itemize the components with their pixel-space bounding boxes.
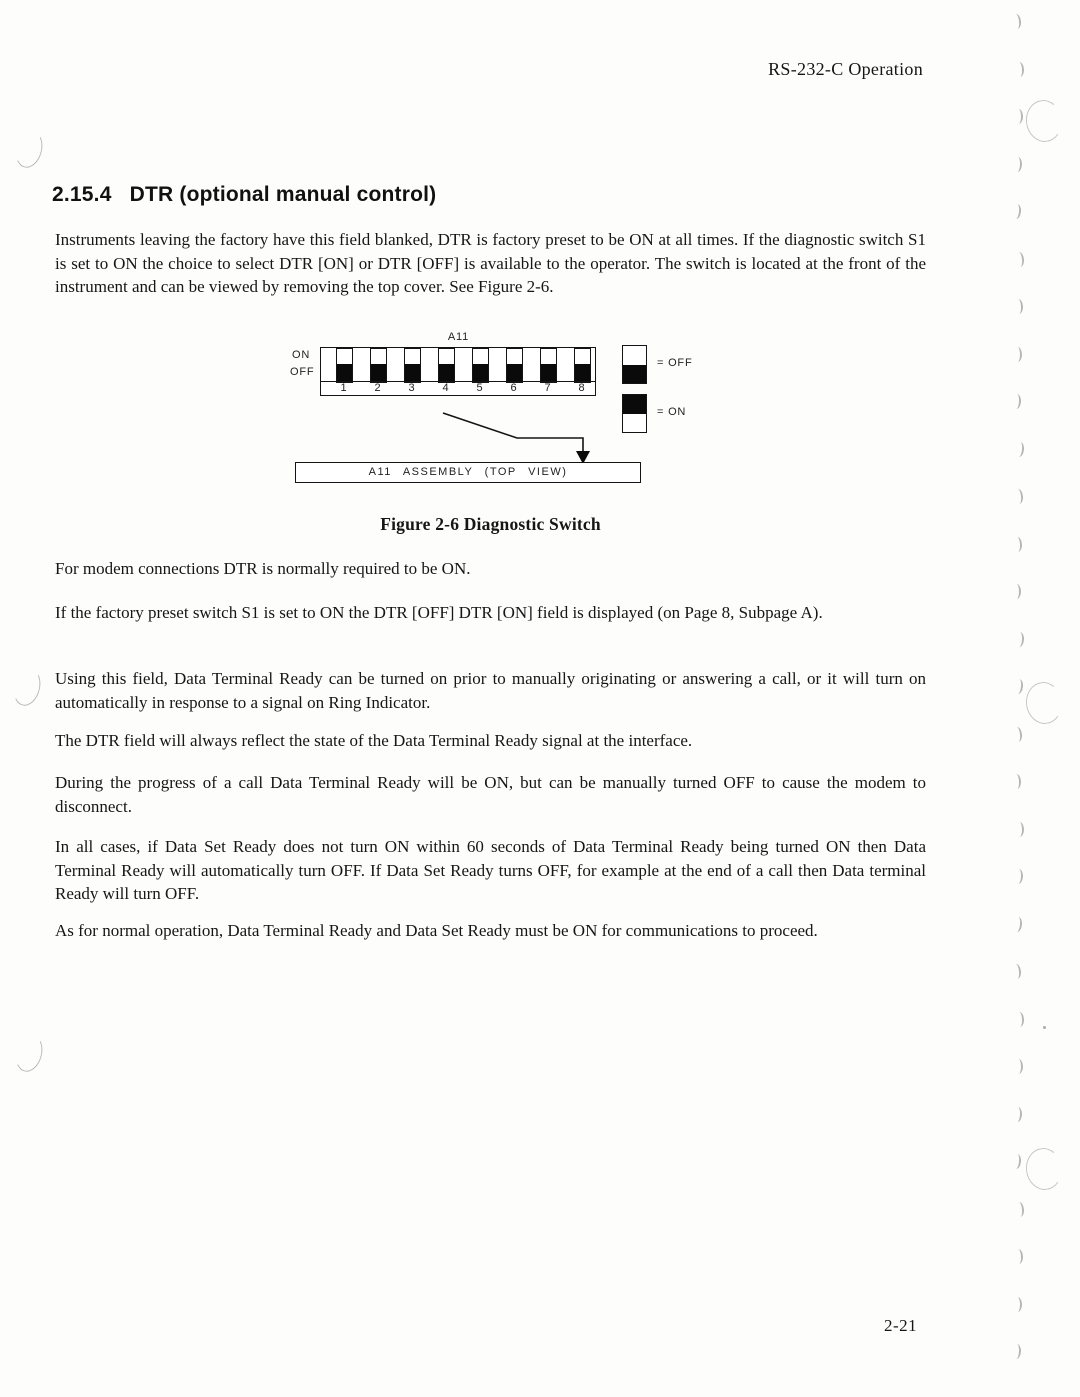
scan-artifact-tick bbox=[1014, 299, 1024, 314]
section-title: DTR (optional manual control) bbox=[130, 183, 437, 206]
scan-artifact-tick bbox=[1013, 679, 1024, 695]
scan-artifact-tick bbox=[1012, 394, 1022, 409]
scan-artifact-tick bbox=[1014, 1249, 1024, 1264]
dip-chip-label: A11 bbox=[320, 331, 597, 343]
legend-on-swatch bbox=[622, 394, 647, 433]
switch-actuator-off bbox=[405, 364, 420, 382]
scan-artifact-tick bbox=[1015, 61, 1025, 76]
scan-artifact-tick bbox=[1012, 1344, 1022, 1359]
paragraph: For modem connections DTR is normally re… bbox=[55, 557, 926, 581]
dip-switch-4 bbox=[438, 348, 455, 383]
dip-switch-5 bbox=[472, 348, 489, 383]
switch-number: 5 bbox=[469, 382, 490, 394]
scan-artifact-tick bbox=[1013, 347, 1022, 362]
scan-artifact-tick bbox=[1012, 774, 1022, 789]
paragraph: The DTR field will always reflect the st… bbox=[55, 729, 926, 753]
scan-artifact-curve bbox=[12, 127, 46, 170]
scan-artifact-tick bbox=[1012, 584, 1021, 599]
scan-artifact-tick bbox=[1013, 1106, 1023, 1121]
scan-artifact-tick bbox=[1011, 964, 1022, 980]
switch-number: 3 bbox=[401, 382, 422, 394]
scan-artifact-tick bbox=[1013, 1297, 1022, 1312]
dip-switch-8 bbox=[574, 348, 591, 383]
scan-artifact-speck bbox=[1043, 1026, 1046, 1029]
dip-switch-2 bbox=[370, 348, 387, 383]
dip-switch-7 bbox=[540, 348, 557, 383]
switch-number: 6 bbox=[503, 382, 524, 394]
paragraph: If the factory preset switch S1 is set t… bbox=[55, 601, 926, 625]
scan-artifact-tick bbox=[1013, 536, 1023, 551]
scan-artifact-curve bbox=[1023, 98, 1064, 145]
paragraph: During the progress of a call Data Termi… bbox=[55, 771, 926, 818]
switch-actuator-off bbox=[575, 364, 590, 382]
scan-artifact-tick bbox=[1012, 726, 1023, 742]
switch-number: 4 bbox=[435, 382, 456, 394]
off-position-label: OFF bbox=[290, 366, 314, 378]
paragraph: As for normal operation, Data Terminal R… bbox=[55, 919, 926, 943]
on-position-label: ON bbox=[292, 349, 310, 361]
assembly-outline: A11 ASSEMBLY (TOP VIEW) bbox=[295, 462, 641, 483]
dip-switch-1 bbox=[336, 348, 353, 383]
dip-switch-3 bbox=[404, 348, 421, 383]
scan-artifact-curve bbox=[12, 1031, 46, 1074]
pointer-line bbox=[443, 413, 583, 452]
paragraph: Using this field, Data Terminal Ready ca… bbox=[55, 667, 926, 714]
running-header: RS-232-C Operation bbox=[768, 59, 923, 80]
paragraph: Instruments leaving the factory have thi… bbox=[55, 228, 926, 299]
section-number: 2.15.4 bbox=[52, 183, 112, 206]
scan-artifact-tick bbox=[1014, 109, 1023, 124]
scan-artifact-curve bbox=[10, 665, 44, 708]
switch-actuator-off bbox=[541, 364, 556, 382]
legend-on-black-half bbox=[623, 395, 646, 414]
scan-artifact-tick bbox=[1013, 489, 1024, 505]
legend-off-label: = OFF bbox=[657, 357, 692, 369]
switch-actuator-off bbox=[473, 364, 488, 382]
dip-switch-6 bbox=[506, 348, 523, 383]
legend-off-black-half bbox=[623, 365, 646, 384]
scan-artifact-tick bbox=[1014, 441, 1025, 457]
switch-number: 2 bbox=[367, 382, 388, 394]
scan-artifact-tick bbox=[1012, 916, 1023, 932]
switch-number: 8 bbox=[571, 382, 592, 394]
switch-actuator-off bbox=[507, 364, 522, 382]
page-number: 2-21 bbox=[884, 1316, 917, 1336]
dip-switch-body: 1 2 3 4 5 6 7 8 bbox=[320, 347, 596, 396]
scan-artifact-curve bbox=[1023, 680, 1064, 727]
section-heading: 2.15.4DTR (optional manual control) bbox=[52, 183, 436, 207]
switch-number: 1 bbox=[333, 382, 354, 394]
scan-artifact-tick bbox=[1015, 1011, 1025, 1026]
scan-artifact-tick bbox=[1011, 1154, 1022, 1170]
paragraph: In all cases, if Data Set Ready does not… bbox=[55, 835, 926, 906]
switch-actuator-off bbox=[337, 364, 352, 382]
switch-actuator-off bbox=[439, 364, 454, 382]
scan-artifact-tick bbox=[1014, 1059, 1023, 1074]
scan-artifact-curve bbox=[1023, 1146, 1064, 1193]
scan-artifact-tick bbox=[1015, 631, 1025, 646]
scan-artifact-tick bbox=[1014, 869, 1024, 884]
switch-actuator-off bbox=[371, 364, 386, 382]
switch-number: 7 bbox=[537, 382, 558, 394]
document-page: RS-232-C Operation 2.15.4DTR (optional m… bbox=[0, 0, 1080, 1397]
legend-off-swatch bbox=[622, 345, 647, 384]
scan-artifact-tick bbox=[1011, 204, 1022, 220]
figure-caption: Figure 2-6 Diagnostic Switch bbox=[55, 514, 926, 535]
scan-artifact-tick bbox=[1013, 156, 1023, 171]
scan-artifact-tick bbox=[1014, 251, 1025, 267]
scan-artifact-tick bbox=[1014, 1201, 1025, 1217]
scan-artifact-tick bbox=[1015, 822, 1024, 837]
scan-artifact-tick bbox=[1011, 14, 1022, 30]
legend-on-label: = ON bbox=[657, 406, 686, 418]
